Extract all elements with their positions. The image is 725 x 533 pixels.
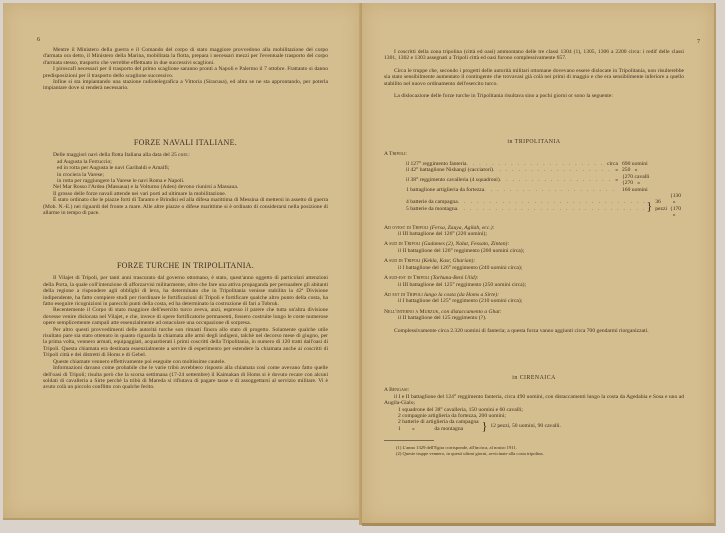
unit-row: il 42° battaglione Nishangi (cacciatori)… bbox=[384, 167, 684, 173]
section-tripolitania: in TRIPOLITANIA A Tripoli: il 127° reggi… bbox=[384, 139, 684, 334]
footnote: (2) Queste truppe vennero, in questi ult… bbox=[384, 451, 684, 456]
paragraph: Per altro questi provvedimenti delle aut… bbox=[43, 327, 328, 359]
paragraph: Il Vilajet di Tripoli, per tanti anni tr… bbox=[43, 275, 328, 307]
paragraph: Infine si sta impiantando una stazione r… bbox=[43, 79, 328, 92]
right-intro: I coscritti della zona tripolina (città … bbox=[384, 49, 684, 99]
page-number: 6 bbox=[37, 37, 40, 43]
paragraph: Circa le truppe che, secondo i progetti … bbox=[384, 68, 684, 87]
brace-icon: } bbox=[479, 423, 491, 429]
right-page: 7 I coscritti della zona tripolina (citt… bbox=[362, 3, 716, 526]
unit-row: il 38° reggimento cavalleria (4 squadron… bbox=[384, 174, 684, 187]
paragraph: I coscritti della zona tripolina (città … bbox=[384, 49, 684, 62]
section-forze-navali: FORZE NAVALI ITALIANE. Delle maggiori na… bbox=[43, 140, 328, 216]
summary-paragraph: Complessivamente circa 2.320 uomini di f… bbox=[384, 328, 684, 334]
page-number: 7 bbox=[697, 39, 700, 45]
section-cirenaica: in CIRENAICA A Bengasi: il I e II battag… bbox=[384, 375, 684, 456]
paragraph: Informazioni davano come probabile che l… bbox=[43, 365, 328, 391]
paragraph: Mentre il Ministero della guerra e il Co… bbox=[43, 47, 328, 66]
artillery-group: 2 batterie di artiglieria da campagna 1 … bbox=[384, 419, 684, 432]
battery-group: 4 batterie da campagna . . . . . . . . .… bbox=[384, 193, 684, 219]
group-label: 36 pezzi bbox=[652, 199, 670, 212]
unit-row: 5 batterie da montagna . . . . . . . . .… bbox=[384, 206, 646, 212]
book-spread: 6 Mentre il Ministero della guerra e il … bbox=[3, 3, 721, 525]
unit-row: 1 battaglione artiglieria da fortezza . … bbox=[384, 187, 684, 193]
paragraph: È stato ordinato che le piazze forti di … bbox=[43, 197, 328, 216]
intro-text: Mentre il Ministero della guerra e il Co… bbox=[43, 47, 328, 92]
section-forze-turche: FORZE TURCHE IN TRIPOLITANIA. Il Vilajet… bbox=[43, 263, 328, 391]
footnote-divider bbox=[384, 440, 434, 441]
paragraph: La dislocazione delle forze turche in Tr… bbox=[384, 93, 684, 99]
group-label: 12 pezzi, 50 uomini, 90 cavalli. bbox=[490, 423, 561, 429]
left-page: 6 Mentre il Ministero della guerra e il … bbox=[3, 3, 361, 520]
paragraph: I piroscafi necessari per il trasporto d… bbox=[43, 66, 328, 79]
paragraph: Recentemente il Corpo di stato maggiore … bbox=[43, 307, 328, 326]
paragraph: il I e II battaglione del 124° reggiment… bbox=[384, 394, 684, 407]
